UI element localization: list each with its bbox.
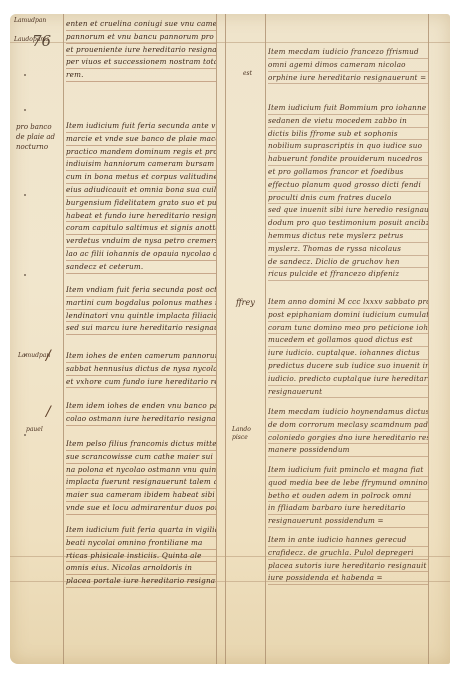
- right-column-left-rule: [265, 14, 266, 664]
- pricking-dot: [24, 434, 26, 436]
- text-line: iudicio. predicto cuptalque iure heredit…: [268, 373, 428, 386]
- text-line: coram capitulo saltimus et signis anotta…: [66, 222, 216, 235]
- margin-note: Lando pisce: [232, 426, 262, 442]
- text-line: placea portale iure hereditario resignau…: [66, 575, 216, 588]
- entry-right-5: Item iudicium fuit pminclo et magna fiat…: [268, 464, 428, 528]
- entry-left-6: Item pelso filius francomis dictus mitte…: [66, 438, 216, 515]
- entry-left-2: Item iudicium fuit feria secunda ante vi…: [66, 120, 216, 274]
- text-line: proculti dnis cum fratres ducelo: [268, 192, 428, 205]
- text-line: Item anno domini M ccc lxxxv sabbato pro…: [268, 296, 428, 309]
- center-rule: [225, 14, 226, 664]
- margin-note: pro banco de plaie ad nocturno: [16, 122, 60, 152]
- entry-right-1: Item mecdam iudicio francezo ffrismud om…: [268, 46, 428, 84]
- text-line: Item iudicium fuit Bommium pro iohanne: [268, 102, 428, 115]
- text-line: sue scrancowisse cum cathe maier sui mat…: [66, 451, 216, 464]
- entry-right-3: Item anno domini M ccc lxxxv sabbato pro…: [268, 296, 428, 398]
- text-line: sed sui marcu iure hereditario resignaui…: [66, 322, 216, 335]
- text-line: habeat et fundo iure hereditario resigna…: [66, 210, 216, 223]
- text-line: Item iudicium fuit feria secunda ante vi…: [66, 120, 216, 133]
- text-line: Item iudicium fuit feria quarta in vigil…: [66, 524, 216, 537]
- margin-note: pauel: [26, 426, 43, 434]
- text-line: de dom corrorum meclasy scamdnum padrens: [268, 419, 428, 432]
- text-line: myslerz. Thomas de ryssa nicolaus: [268, 243, 428, 256]
- entry-left-5: Item idem iohes de enden vnu banco panno…: [66, 400, 216, 426]
- text-line: beati nycolai omnino frontiliane ma: [66, 537, 216, 550]
- paragraph-mark-icon: /: [46, 404, 51, 420]
- margin-note: Lamudpan: [14, 17, 46, 25]
- entry-right-6: Item in ante iudicio hannes gerecud craf…: [268, 534, 428, 585]
- text-line: de sandecz. Diclio de gruchov hen: [268, 256, 428, 269]
- entry-left-4: Item iohes de enten camerum pannorum mer…: [66, 350, 216, 388]
- text-line: betho et ouden adem in polrock omni: [268, 490, 428, 503]
- text-line: verdetus vnduim de nysa petro cremerscho…: [66, 235, 216, 248]
- text-line: marcie et vnde sue banco de plaie macell…: [66, 133, 216, 146]
- right-margin-rule: [428, 14, 429, 664]
- text-line: Item iudicium fuit pminclo et magna fiat: [268, 464, 428, 477]
- manuscript-page: 76 Lamudpan Laudopanis pro banco de plai…: [10, 14, 450, 664]
- entry-left-7: Item iudicium fuit feria quarta in vigil…: [66, 524, 216, 588]
- entry-right-4: Item mecdam iudicio hoynendamus dictus d…: [268, 406, 428, 457]
- text-line: pannorum et vnu bancu pannorum pro omni …: [66, 31, 216, 44]
- text-line: per viuos et successionem nostram totali…: [66, 56, 216, 69]
- pricking-dot: [24, 74, 26, 76]
- text-line: sabbat hennusius dictus de nysa nycolao: [66, 363, 216, 376]
- text-line: martini cum bogdalus polonus mathes mo: [66, 297, 216, 310]
- text-line: effectuo planum quod grosso dicti fendi: [268, 179, 428, 192]
- paragraph-mark-icon: /: [46, 348, 51, 364]
- left-column-right-rule: [216, 14, 217, 664]
- text-line: orphine iure hereditario resignauerunt =: [268, 72, 428, 85]
- text-line: Item vndiam fuit feria secunda post octa…: [66, 284, 216, 297]
- left-margin-rule: [63, 14, 64, 664]
- text-line: cum in bona metus et corpus valitudine v…: [66, 171, 216, 184]
- text-line: burgensium fidelitatem grato suo et pung…: [66, 197, 216, 210]
- text-line: Item iohes de enten camerum pannorum mer…: [66, 350, 216, 363]
- entry-left-1: enten et cruelina coniugi sue vnu camera…: [66, 18, 216, 82]
- entry-right-2: Item iudicium fuit Bommium pro iohanne s…: [268, 102, 428, 281]
- text-line: placea sutoris iure hereditario resignau…: [268, 560, 428, 573]
- text-line: Item mecdam iudicio hoynendamus dictus: [268, 406, 428, 419]
- pricking-dot: [24, 109, 26, 111]
- text-line: Item idem iohes de enden vnu banco panno…: [66, 400, 216, 413]
- text-line: habuerunt fondite prouiderum nucedros: [268, 153, 428, 166]
- pricking-dot: [24, 194, 26, 196]
- text-line: iure iudicio. cuptalque. iohannes dictus: [268, 347, 428, 360]
- text-line: crafidecz. de gruchla. Pulol depregeri: [268, 547, 428, 560]
- text-line: mucedem et gollamos quod dictus est: [268, 334, 428, 347]
- text-line: ricus pulcide et ffrancezo dipfeniz: [268, 268, 428, 281]
- text-line: lao ac filii iohannis de opauia nycolao …: [66, 248, 216, 261]
- text-line: maier sua cameram ibidem habeat sibi aqu…: [66, 489, 216, 502]
- text-line: manere possidendum: [268, 444, 428, 457]
- text-line: omni agemi dimos cameram nicolao: [268, 59, 428, 72]
- text-line: sandecz et ceterum.: [66, 261, 216, 274]
- text-line: predictus ducere sub iudice suo inuenit …: [268, 360, 428, 373]
- text-line: et pro gollamos francor et foedibus: [268, 166, 428, 179]
- text-line: sedanen de vietu mocedem zabbo in: [268, 115, 428, 128]
- margin-note: Laudopanis: [14, 36, 49, 44]
- text-line: na polona et nycolao ostmann vnu quintle: [66, 464, 216, 477]
- text-line: rticas phisicale insticiis. Quinta ale: [66, 550, 216, 563]
- text-line: implacta fuerunt resignauerunt talem quo…: [66, 476, 216, 489]
- text-line: rem.: [66, 69, 216, 82]
- text-line: Item pelso filius francomis dictus mitte…: [66, 438, 216, 451]
- text-line: dictis bilis ffrome sub et sophonis: [268, 128, 428, 141]
- text-line: Item mecdam iudicio francezo ffrismud: [268, 46, 428, 59]
- text-line: lendinatori vnu quintle implacta filiaci…: [66, 310, 216, 323]
- text-line: enten et cruelina coniugi sue vnu camera…: [66, 18, 216, 31]
- text-line: colao ostmann iure hereditario resignaui…: [66, 413, 216, 426]
- margin-note: est: [243, 70, 252, 78]
- text-line: dodum pro quo testimonium posuit ancibz: [268, 217, 428, 230]
- text-line: resignauerunt: [268, 386, 428, 399]
- text-line: sed que inuenit sibi iure heredio resign…: [268, 204, 428, 217]
- text-line: et vxhore cum fundo iure hereditario res…: [66, 376, 216, 389]
- text-line: et proueniente iure hereditario resignau…: [66, 44, 216, 57]
- entry-left-3: Item vndiam fuit feria secunda post octa…: [66, 284, 216, 335]
- margin-note: ffrey: [236, 299, 255, 307]
- text-line: in ffliadam barbaro iure hereditario: [268, 502, 428, 515]
- text-line: indiuisim hanniorum cameram bursam totiu…: [66, 158, 216, 171]
- text-line: quod media bee de lebe ffrymund omnino: [268, 477, 428, 490]
- text-line: practico mandem dominum regis et propriu…: [66, 146, 216, 159]
- text-line: post epiphaniam domini iudicium cumulatu…: [268, 309, 428, 322]
- text-line: omnis eius. Nicolas arnoldoris in: [66, 562, 216, 575]
- pricking-dot: [24, 274, 26, 276]
- text-line: eius adiudicauit et omnia bona sua cuili…: [66, 184, 216, 197]
- text-line: hemmus dictus rete myslerz petrus: [268, 230, 428, 243]
- text-line: nobilium suprascriptis in quo iudice suo: [268, 140, 428, 153]
- text-line: resignauerunt possidendum =: [268, 515, 428, 528]
- text-line: Item in ante iudicio hannes gerecud: [268, 534, 428, 547]
- text-line: iure possidenda et habenda =: [268, 572, 428, 585]
- text-line: vnde sue et locu admirarentur duos ponte…: [66, 502, 216, 515]
- text-line: coram tunc domino meo pro peticione ioha…: [268, 322, 428, 335]
- text-line: coloniedo gorgies dno iure hereditario r…: [268, 432, 428, 445]
